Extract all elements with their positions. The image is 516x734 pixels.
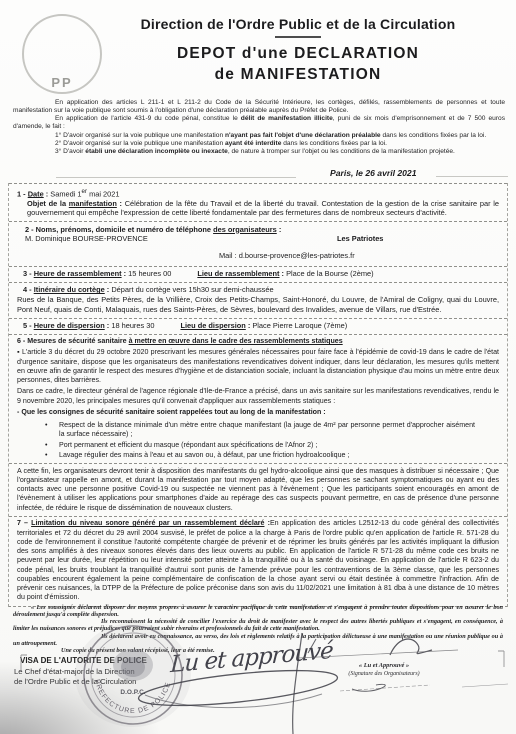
signature-caption: (Signature des Organisateurs) (316, 671, 452, 677)
organiser-email: Mail : d.bourse-provence@les-patriotes.f… (219, 251, 499, 261)
organisers-header: 2 - Noms, prénoms, domicile et numéro de… (25, 225, 499, 235)
dispersion-line: 5 - Heure de dispersion : 18 heures 30Li… (23, 321, 499, 331)
scan-line (436, 176, 508, 177)
dateline-row: Paris, le 26 avril 2021 (0, 168, 516, 181)
declaration-document-page: PP Direction de l'Ordre Public et de la … (0, 0, 516, 734)
pledge-paragraph: Ils reconnaissent la nécessité de concil… (13, 618, 503, 632)
bullet-icon: • (45, 421, 59, 440)
objet-line: Objet de la manifestation : Célébration … (27, 199, 499, 218)
organisation-name: Les Patriotes (337, 234, 383, 244)
section-mesures-sanitaires: 6 - Mesures de sécurité sanitaire à mett… (9, 334, 507, 464)
document-header: Direction de l'Ordre Public et de la Cir… (78, 16, 516, 84)
section-date-objet: 1 - Date : Samedi 1er mai 2021 Objet de … (9, 183, 507, 221)
scan-line (56, 177, 296, 178)
preamble-item: 2° D'avoir organisé sur la voie publique… (13, 140, 505, 148)
mesures-paragraph: ▪ L'article 3 du décret du 29 octobre 20… (17, 348, 499, 385)
preamble-paragraph: En application des articles L 211-1 et L… (13, 99, 505, 115)
document-title-line2: de MANIFESTATION (78, 66, 516, 84)
declaration-form: 1 - Date : Samedi 1er mai 2021 Objet de … (8, 183, 508, 607)
legal-preamble: En application des articles L 211-1 et L… (13, 99, 505, 156)
organiser-row: M. Dominique BOURSE-PROVENCE Les Patriot… (25, 234, 499, 244)
approval-caption: « Lu et Approuvé » (316, 662, 452, 669)
itineraire-line: 4 - Itinéraire du cortège : Départ du co… (23, 285, 499, 295)
rassemblement-line: 3 - Heure de rassemblement : 15 heures 0… (23, 269, 499, 279)
bullet-icon: • (45, 451, 59, 460)
preamble-item: 3° D'avoir établi une déclaration incomp… (13, 148, 505, 156)
scan-corner-shadow (0, 662, 160, 734)
department-title: Direction de l'Ordre Public et de la Cir… (78, 16, 516, 32)
section-organisateurs: 2 - Noms, prénoms, domicile et numéro de… (9, 221, 507, 266)
mesures-paragraph: A cette fin, les organisateurs devront t… (17, 467, 499, 513)
preamble-paragraph: En application de l'article 431-9 du cod… (13, 115, 505, 131)
section-dispersion: 5 - Heure de dispersion : 18 heures 30Li… (9, 318, 507, 334)
section-niveau-sonore: 7 – Limitation du niveau sonore généré p… (9, 516, 507, 606)
list-item: •Port permanent et efficient du masque (… (45, 441, 499, 450)
mesures-paragraph: Dans ce cadre, le directeur général de l… (17, 387, 499, 406)
header-divider (275, 36, 321, 38)
itineraire-route: Rues de la Banque, des Petits Pères, de … (17, 295, 499, 314)
date-line: 1 - Date : Samedi 1er mai 2021 (17, 187, 499, 199)
section-rassemblement: 3 - Heure de rassemblement : 15 heures 0… (9, 266, 507, 282)
consignes-line: - Que les consignes de sécurité sanitair… (17, 408, 499, 417)
list-item: •Respect de la distance minimale d'un mè… (45, 421, 499, 440)
document-title-line1: DEPOT d'une DECLARATION (78, 45, 516, 63)
niveau-sonore-paragraph: 7 – Limitation du niveau sonore généré p… (17, 519, 499, 602)
place-and-date: Paris, le 26 avril 2021 (330, 168, 416, 178)
list-item: •Lavage régulier des mains à l'eau et au… (45, 451, 499, 460)
mesures-header: 6 - Mesures de sécurité sanitaire à mett… (17, 337, 499, 346)
bullet-icon: • (45, 441, 59, 450)
organisers-signature-block: « Lu et Approuvé » (Signature des Organi… (316, 662, 452, 677)
organiser-name: M. Dominique BOURSE-PROVENCE (25, 234, 148, 243)
preamble-item: 1° D'avoir organisé sur la voie publique… (13, 132, 505, 140)
section-mesures-suite: A cette fin, les organisateurs devront t… (9, 463, 507, 516)
section-itineraire: 4 - Itinéraire du cortège : Départ du co… (9, 282, 507, 318)
pledge-paragraph: « Les soussignés déclarent disposer des … (13, 604, 503, 618)
